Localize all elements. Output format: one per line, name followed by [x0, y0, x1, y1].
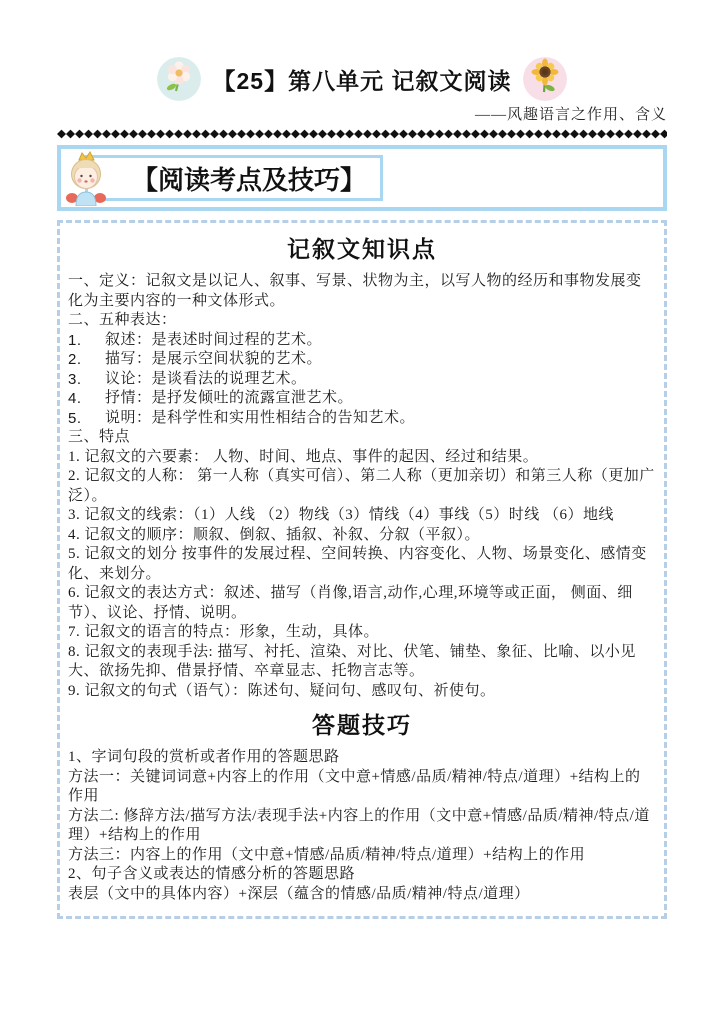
- knowledge-point: 7. 记叙文的语言的特点：形象，生动，具体。: [68, 623, 656, 643]
- expression-number: 5.: [68, 409, 105, 429]
- flower-icon: [157, 57, 201, 101]
- expression-text: 描写：是展示空间状貌的艺术。: [105, 350, 322, 370]
- expression-number: 3.: [68, 370, 105, 390]
- knowledge-point: 8. 记叙文的表现手法: 描写、衬托、渲染、对比、伏笔、铺垫、象征、比喻、以小见…: [68, 643, 656, 682]
- expression-number: 2.: [68, 350, 105, 370]
- expression-text: 说明：是科学性和实用性相结合的告知艺术。: [105, 409, 415, 429]
- child-icon: [64, 150, 108, 206]
- knowledge-definition: 一、定义：记叙文是以记人、叙事、写景、状物为主，以写人物的经历和事物发展变化为主…: [68, 272, 656, 311]
- knowledge-point: 6. 记叙文的表达方式：叙述、描写（肖像,语言,动作,心理,环境等或正面， 侧面…: [68, 584, 656, 623]
- zigzag-divider: [57, 129, 667, 139]
- knowledge-expressions-title: 二、五种表达：: [68, 311, 656, 331]
- knowledge-point: 5. 记叙文的划分 按事件的发展过程、空间转换、内容变化、人物、场景变化、感情变…: [68, 545, 656, 584]
- expression-text: 叙述：是表述时间过程的艺术。: [105, 331, 322, 351]
- skills-line: 表层（文中的具体内容）+深层（蕴含的情感/品质/精神/特点/道理）: [68, 885, 656, 905]
- knowledge-heading: 记叙文知识点: [68, 231, 656, 264]
- knowledge-point: 4. 记叙文的顺序：顺叙、倒叙、插叙、补叙、分叙（平叙）。: [68, 526, 656, 546]
- sunflower-icon: [523, 57, 567, 101]
- knowledge-point: 3. 记叙文的线索：（1）人线 （2）物线（3）情线（4）事线（5）时线 （6）…: [68, 506, 656, 526]
- section-banner: 【阅读考点及技巧】: [57, 145, 667, 211]
- expression-text: 抒情：是抒发倾吐的流露宣泄艺术。: [105, 389, 353, 409]
- expression-item: 2. 描写：是展示空间状貌的艺术。: [68, 350, 656, 370]
- worksheet-page: 【25】第八单元 记叙文阅读 ——风趣语言之作用、含义: [0, 0, 724, 1024]
- skills-heading: 答题技巧: [68, 707, 656, 740]
- knowledge-point: 9. 记叙文的句式（语气）：陈述句、疑问句、感叹句、祈使句。: [68, 682, 656, 702]
- knowledge-point: 2. 记叙文的人称： 第一人称（真实可信）、第二人称（更加亲切）和第三人称（更加…: [68, 467, 656, 506]
- skills-line: 方法三：内容上的作用（文中意+情感/品质/精神/特点/道理）+结构上的作用: [68, 846, 656, 866]
- banner-inner-box: 【阅读考点及技巧】: [85, 155, 383, 201]
- page-title: 【25】第八单元 记叙文阅读: [213, 63, 512, 96]
- knowledge-features-title: 三、特点: [68, 428, 656, 448]
- skills-line: 2、句子含义或表达的情感分析的答题思路: [68, 865, 656, 885]
- page-header: 【25】第八单元 记叙文阅读: [0, 0, 724, 101]
- skills-line: 方法一：关键词词意+内容上的作用（文中意+情感/品质/精神/特点/道理）+结构上…: [68, 768, 656, 807]
- page-subtitle: ——风趣语言之作用、含义: [57, 103, 667, 124]
- expression-item: 4. 抒情：是抒发倾吐的流露宣泄艺术。: [68, 389, 656, 409]
- expression-number: 1.: [68, 331, 105, 351]
- knowledge-point: 1. 记叙文的六要素： 人物、时间、地点、事件的起因、经过和结果。: [68, 448, 656, 468]
- expression-item: 3. 议论：是谈看法的说理艺术。: [68, 370, 656, 390]
- expression-item: 5. 说明：是科学性和实用性相结合的告知艺术。: [68, 409, 656, 429]
- skills-line: 方法二: 修辞方法/描写方法/表现手法+内容上的作用（文中意+情感/品质/精神/…: [68, 807, 656, 846]
- expression-item: 1. 叙述：是表述时间过程的艺术。: [68, 331, 656, 351]
- notes-box: 记叙文知识点 一、定义：记叙文是以记人、叙事、写景、状物为主，以写人物的经历和事…: [57, 220, 667, 919]
- expression-number: 4.: [68, 389, 105, 409]
- expression-text: 议论：是谈看法的说理艺术。: [105, 370, 307, 390]
- banner-label: 【阅读考点及技巧】: [132, 160, 366, 197]
- skills-line: 1、字词句段的赏析或者作用的答题思路: [68, 748, 656, 768]
